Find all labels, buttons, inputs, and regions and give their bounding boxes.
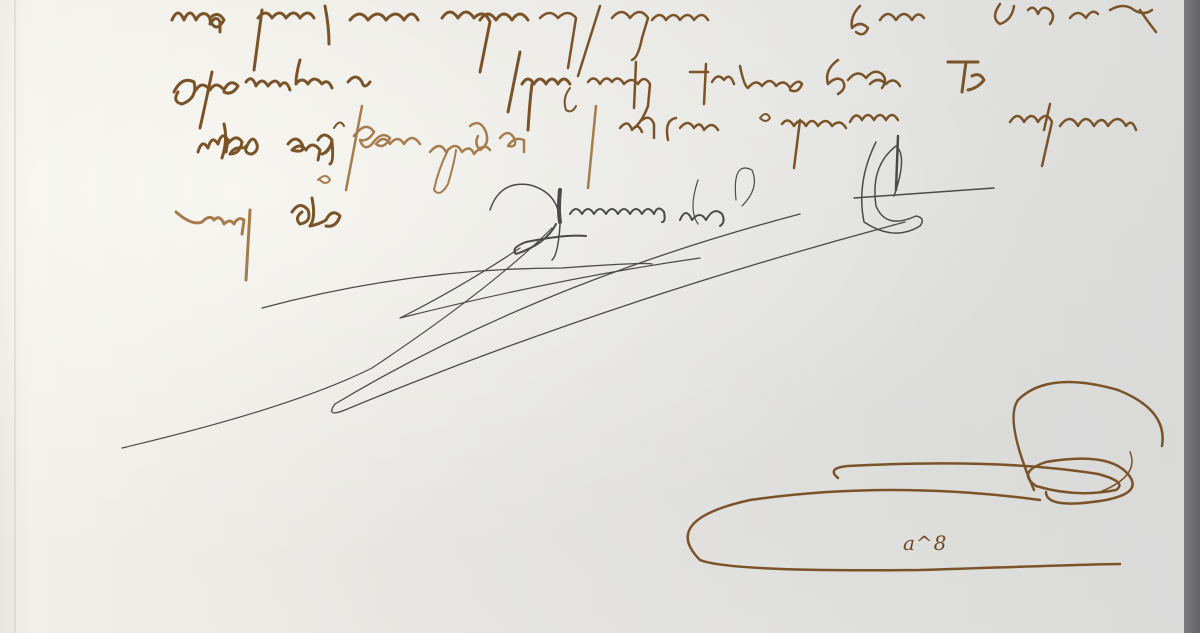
handwritten-line-1 <box>172 4 1156 76</box>
signature-primary <box>122 136 994 448</box>
manuscript-page: mrzsyu seea espe ae ... mio contra se pa… <box>0 0 1184 633</box>
handwritten-line-3 <box>198 104 1136 193</box>
page-edge-background <box>1184 0 1200 633</box>
rubric-abbreviation: a^8 <box>903 531 947 555</box>
handwritten-line-4 <box>176 176 340 280</box>
handwriting-ink <box>0 0 1184 633</box>
